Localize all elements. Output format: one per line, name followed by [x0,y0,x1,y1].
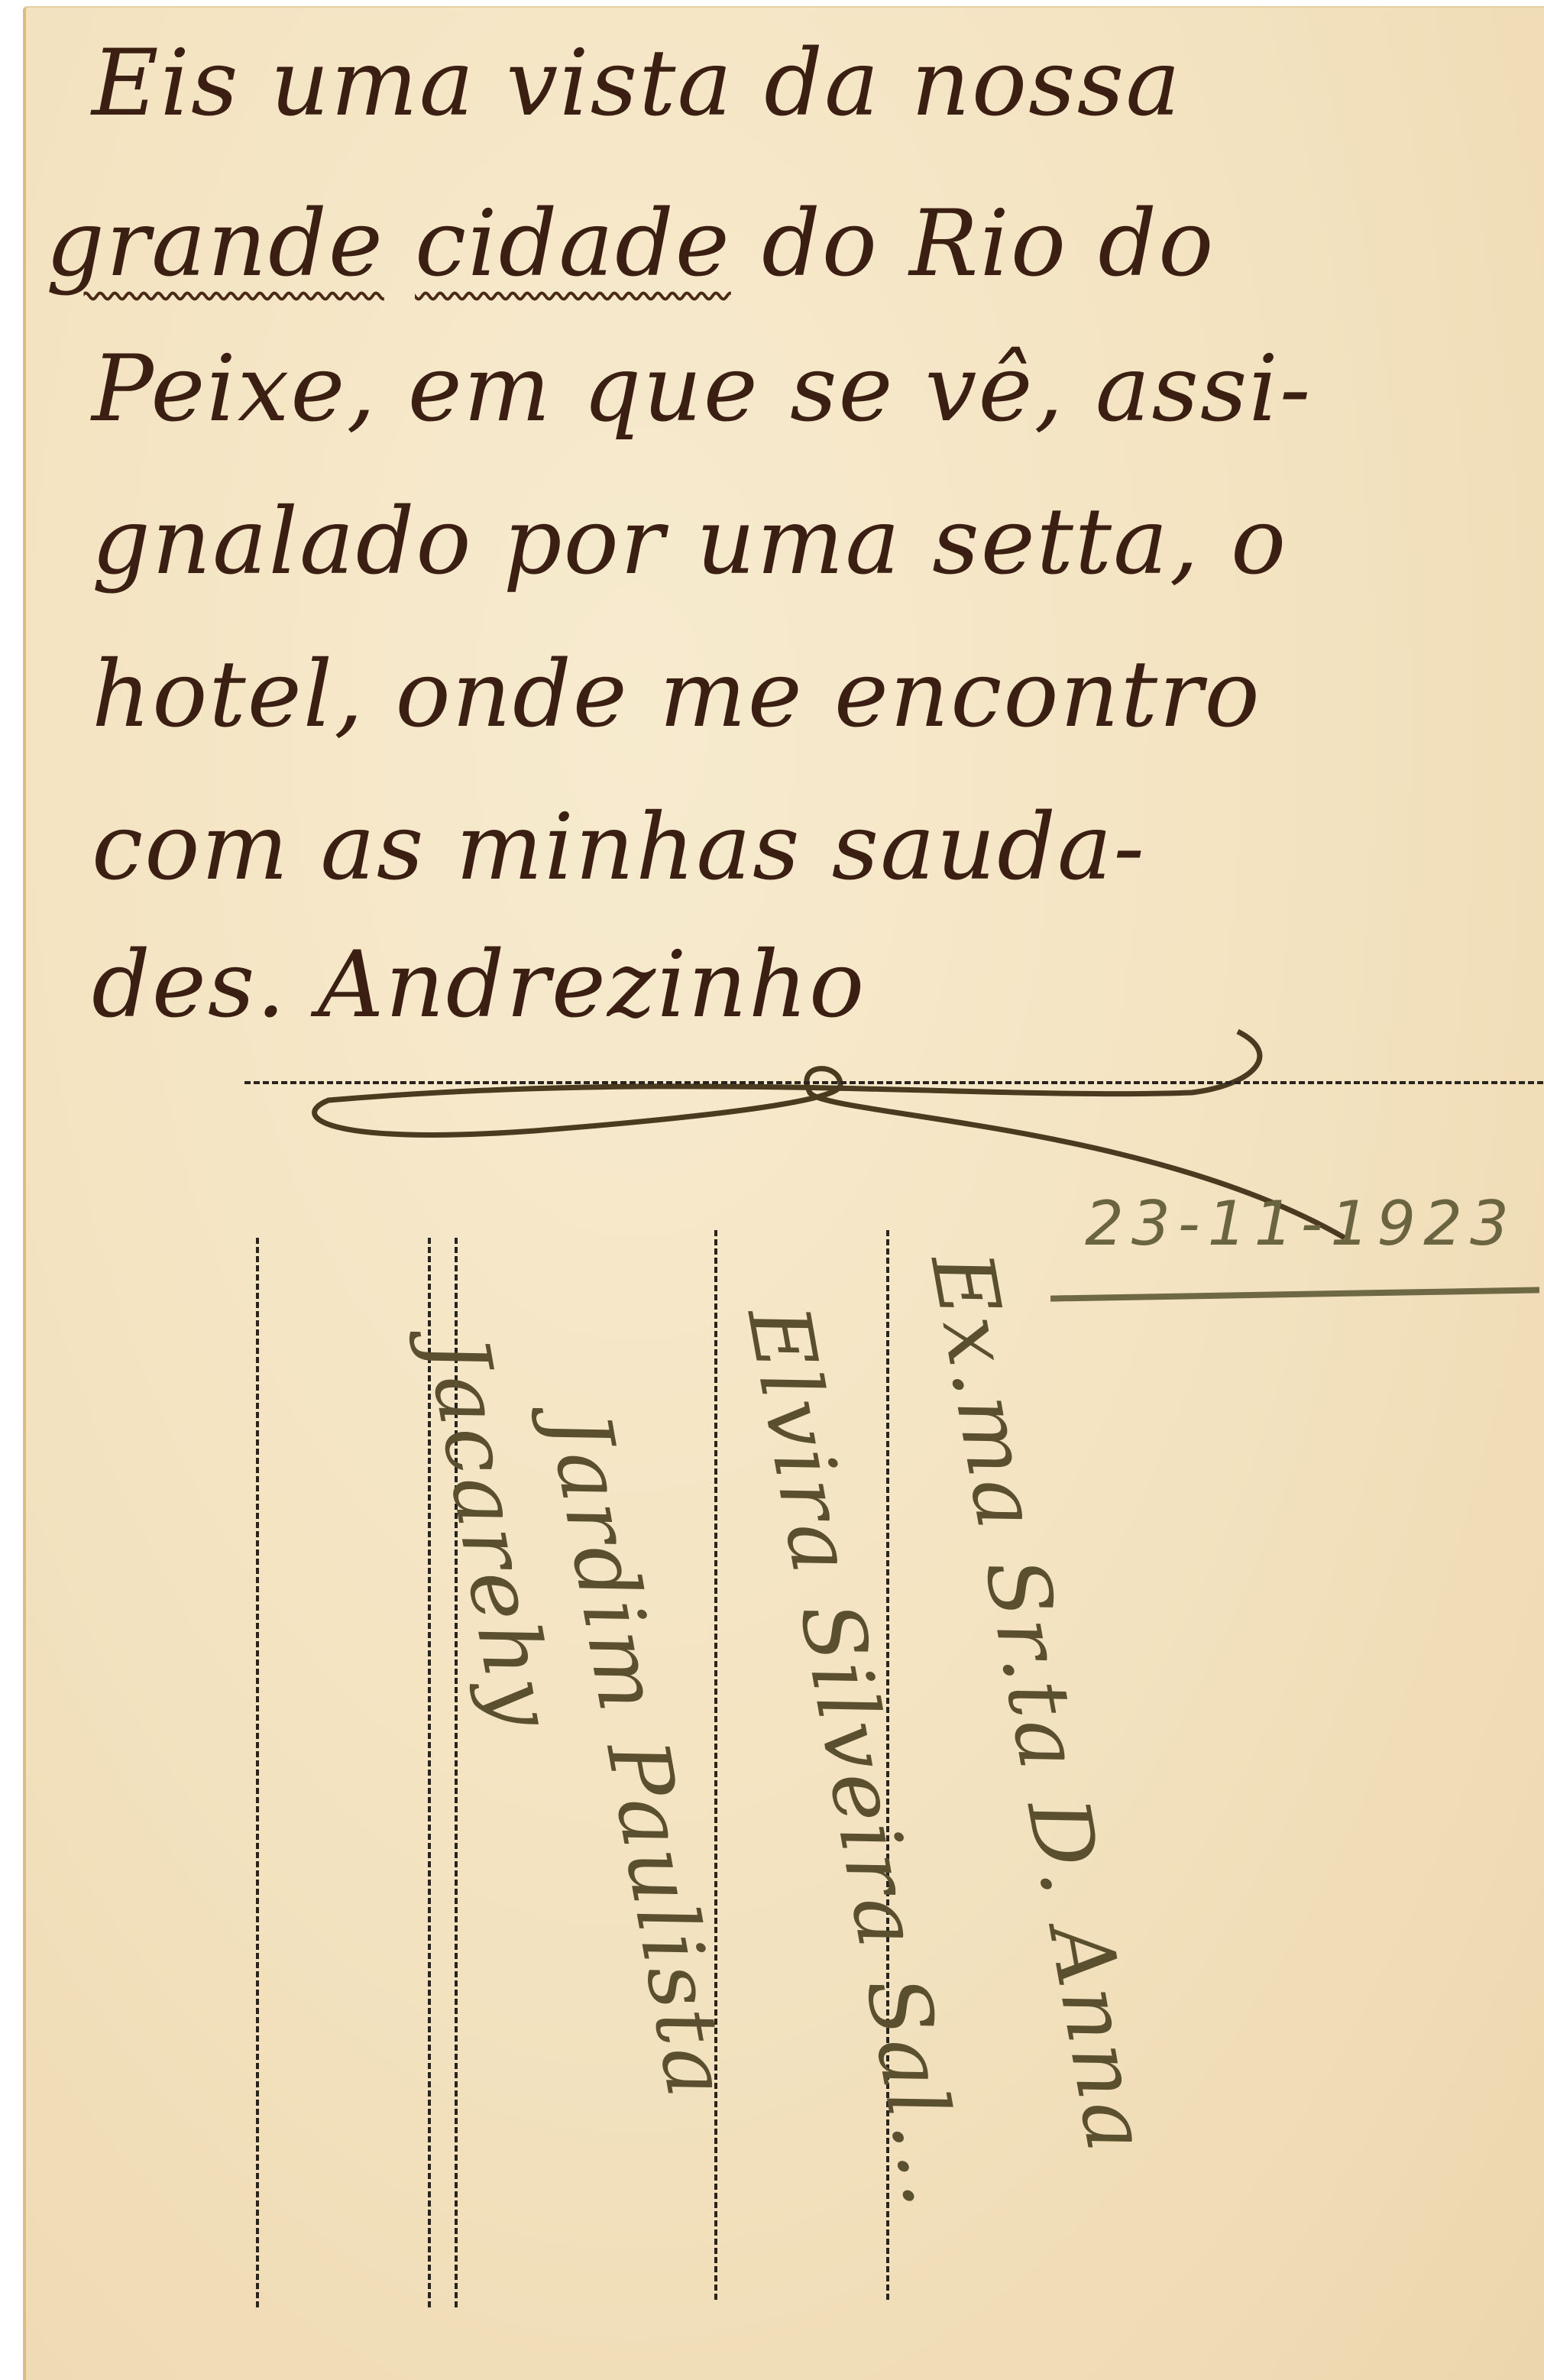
printed-address-line-4 [714,1230,717,2300]
printed-divider [244,1081,1543,1084]
printed-address-line-1 [256,1238,259,2307]
date: 23-11-1923 [1085,1188,1516,1259]
